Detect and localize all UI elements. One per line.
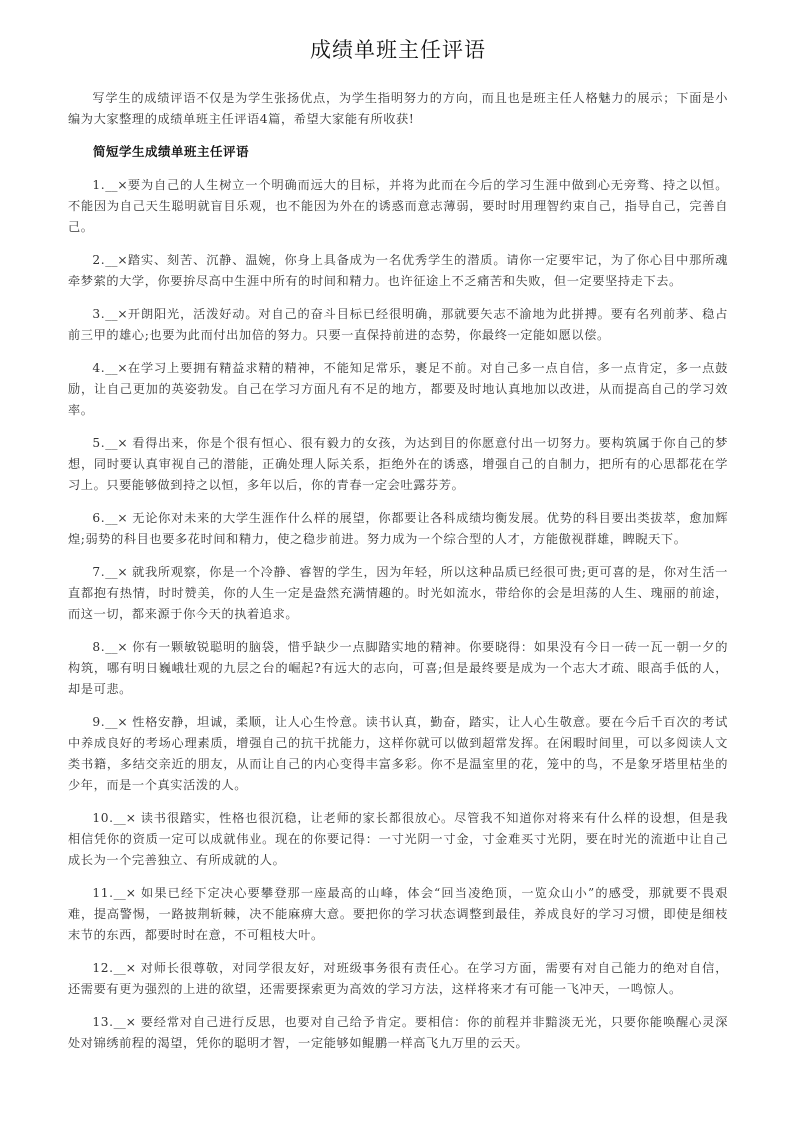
name-blank: __× <box>105 253 127 267</box>
name-blank: __× <box>114 811 136 825</box>
name-blank: __× <box>105 178 127 192</box>
item-text: 在学习上要拥有精益求精的精神，不能知足常乐，裹足不前。对自己多一点自信，多一点肯… <box>68 361 728 417</box>
item-number: 5. <box>92 436 105 450</box>
section-heading: 简短学生成绩单班主任评语 <box>68 141 728 162</box>
item-number: 13. <box>92 1015 113 1029</box>
item-number: 11. <box>92 886 113 900</box>
name-blank: __× <box>105 715 127 729</box>
item-text: 无论你对未来的大学生涯作什么样的展望，你都要让各科成绩均衡发展。优势的科目要出类… <box>68 511 728 546</box>
item-text: 要为自己的人生树立一个明确而远大的目标，并将为此而在今后的学习生涯中做到心无旁骛… <box>68 178 728 234</box>
comment-list: 1.__×要为自己的人生树立一个明确而远大的目标，并将为此而在今后的学习生涯中做… <box>68 175 728 1054</box>
item-number: 7. <box>92 565 105 579</box>
intro-paragraph: 写学生的成绩评语不仅是为学生张扬优点，为学生指明努力的方向，而且也是班主任人格魅… <box>68 88 728 130</box>
item-text: 对师长很尊敬，对同学很友好，对班级事务很有责任心。在学习方面，需要有对自己能力的… <box>68 961 728 996</box>
name-blank: __× <box>114 886 136 900</box>
name-blank: __× <box>105 565 127 579</box>
item-number: 4. <box>92 361 105 375</box>
name-blank: __× <box>105 361 127 375</box>
comment-item: 8.__× 你有一颗敏锐聪明的脑袋，惜乎缺少一点脚踏实地的精神。你要晓得：如果没… <box>68 637 728 700</box>
item-text: 开朗阳光，活泼好动。对自己的奋斗目标已经很明确，那就要矢志不渝地为此拼搏。要有名… <box>68 307 728 342</box>
item-number: 6. <box>92 511 105 525</box>
name-blank: __× <box>114 1015 136 1029</box>
comment-item: 1.__×要为自己的人生树立一个明确而远大的目标，并将为此而在今后的学习生涯中做… <box>68 175 728 238</box>
comment-item: 5.__× 看得出来，你是个很有恒心、很有毅力的女孩，为达到目的你愿意付出一切努… <box>68 433 728 496</box>
item-text: 性格安静，坦诚，柔顺，让人心生怜意。读书认真，勤奋，踏实，让人心生敬意。要在今后… <box>68 715 728 792</box>
item-text: 如果已经下定决心要攀登那一座最高的山峰，体会“回当凌绝顶，一览众山小”的感受，那… <box>68 886 728 942</box>
item-text: 要经常对自己进行反思，也要对自己给予肯定。要相信：你的前程并非黯淡无光，只要你能… <box>68 1015 728 1050</box>
item-number: 2. <box>92 253 105 267</box>
item-text: 读书很踏实，性格也很沉稳，让老师的家长都很放心。尽管我不知道你对将来有什么样的设… <box>68 811 728 867</box>
document-page: 成绩单班主任评语 写学生的成绩评语不仅是为学生张扬优点，为学生指明努力的方向，而… <box>68 30 728 1066</box>
name-blank: __× <box>105 436 127 450</box>
item-number: 12. <box>92 961 113 975</box>
comment-item: 12.__× 对师长很尊敬，对同学很友好，对班级事务很有责任心。在学习方面，需要… <box>68 958 728 1000</box>
item-number: 8. <box>92 640 105 654</box>
comment-item: 3.__×开朗阳光，活泼好动。对自己的奋斗目标已经很明确，那就要矢志不渝地为此拼… <box>68 304 728 346</box>
comment-item: 2.__×踏实、刻苦、沉静、温婉，你身上具备成为一名优秀学生的潜质。请你一定要牢… <box>68 250 728 292</box>
comment-item: 9.__× 性格安静，坦诚，柔顺，让人心生怜意。读书认真，勤奋，踏实，让人心生敬… <box>68 712 728 796</box>
document-title: 成绩单班主任评语 <box>68 34 728 64</box>
comment-item: 6.__× 无论你对未来的大学生涯作什么样的展望，你都要让各科成绩均衡发展。优势… <box>68 508 728 550</box>
comment-item: 4.__×在学习上要拥有精益求精的精神，不能知足常乐，裹足不前。对自己多一点自信… <box>68 358 728 421</box>
item-number: 9. <box>92 715 105 729</box>
item-text: 就我所观察，你是一个冷静、睿智的学生，因为年轻，所以这种品质已经很可贵;更可喜的… <box>68 565 728 621</box>
name-blank: __× <box>105 511 127 525</box>
name-blank: __× <box>105 640 127 654</box>
comment-item: 13.__× 要经常对自己进行反思，也要对自己给予肯定。要相信：你的前程并非黯淡… <box>68 1012 728 1054</box>
comment-item: 10.__× 读书很踏实，性格也很沉稳，让老师的家长都很放心。尽管我不知道你对将… <box>68 808 728 871</box>
name-blank: __× <box>114 961 136 975</box>
name-blank: __× <box>105 307 127 321</box>
comment-item: 7.__× 就我所观察，你是一个冷静、睿智的学生，因为年轻，所以这种品质已经很可… <box>68 562 728 625</box>
item-text: 踏实、刻苦、沉静、温婉，你身上具备成为一名优秀学生的潜质。请你一定要牢记，为了你… <box>68 253 728 288</box>
item-number: 1. <box>92 178 105 192</box>
comment-item: 11.__× 如果已经下定决心要攀登那一座最高的山峰，体会“回当凌绝顶，一览众山… <box>68 883 728 946</box>
item-text: 你有一颗敏锐聪明的脑袋，惜乎缺少一点脚踏实地的精神。你要晓得：如果没有今日一砖一… <box>68 640 728 696</box>
item-text: 看得出来，你是个很有恒心、很有毅力的女孩，为达到目的你愿意付出一切努力。要构筑属… <box>68 436 728 492</box>
item-number: 10. <box>92 811 113 825</box>
item-number: 3. <box>92 307 105 321</box>
